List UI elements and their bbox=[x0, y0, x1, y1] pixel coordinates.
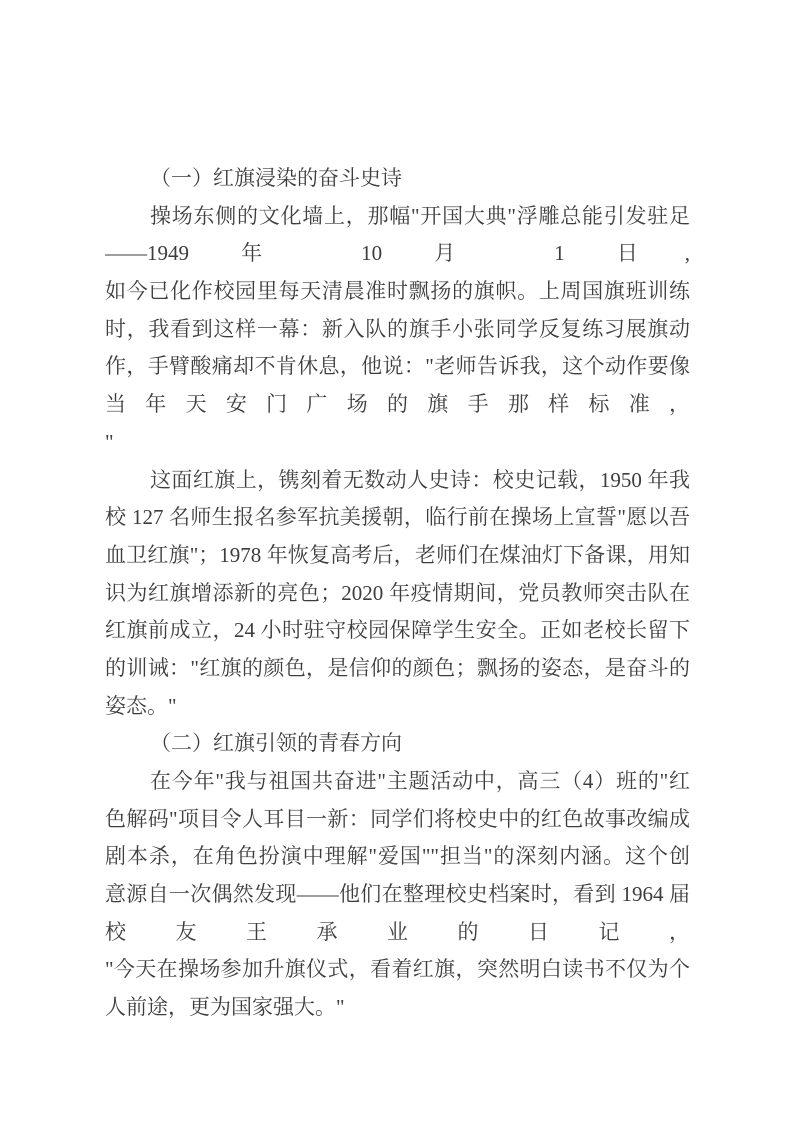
para-1-line-1: 操场东侧的文化墙上，那幅"开国大典"浮雕总能引发驻足 bbox=[105, 198, 690, 236]
document-page: （一）红旗浸染的奋斗史诗 操场东侧的文化墙上，那幅"开国大典"浮雕总能引发驻足 … bbox=[0, 0, 793, 1122]
para-1-line-4: 时，我看到这样一幕：新入队的旗手小张同学反复练习展旗动 bbox=[105, 311, 690, 349]
para-2-line-5: 红旗前成立，24 小时驻守校园保障学生安全。正如老校长留下 bbox=[105, 612, 690, 650]
para-2-line-4: 识为红旗增添新的亮色；2020 年疫情期间，党员教师突击队在 bbox=[105, 575, 690, 613]
para-1-line-7: " bbox=[105, 424, 690, 462]
para-3-line-2: 色解码"项目令人耳目一新：同学们将校史中的红色故事改编成 bbox=[105, 801, 690, 839]
para-3-line-4: 意源自一次偶然发现——他们在整理校史档案时，看到 1964 届 bbox=[105, 876, 690, 914]
para-3-line-7: 人前途，更为国家强大。" bbox=[105, 989, 690, 1027]
para-2-line-7: 姿态。" bbox=[105, 688, 690, 726]
para-1-line-3: 如今已化作校园里每天清晨准时飘扬的旗帜。上周国旗班训练 bbox=[105, 273, 690, 311]
para-2-line-2: 校 127 名师生报名参军抗美援朝，临行前在操场上宣誓"愿以吾 bbox=[105, 499, 690, 537]
para-1-line-5: 作，手臂酸痛却不肯休息，他说："老师告诉我，这个动作要像 bbox=[105, 348, 690, 386]
para-3-line-3: 剧本杀，在角色扮演中理解"爱国""担当"的深刻内涵。这个创 bbox=[105, 838, 690, 876]
text-block: （一）红旗浸染的奋斗史诗 操场东侧的文化墙上，那幅"开国大典"浮雕总能引发驻足 … bbox=[105, 160, 690, 1027]
section-1-heading: （一）红旗浸染的奋斗史诗 bbox=[105, 160, 690, 198]
para-1-line-2: ——1949 年 10 月 1 日,毛泽东主席亲手升起的第一面五星红旗， bbox=[105, 235, 690, 273]
para-3-line-1: 在今年"我与祖国共奋进"主题活动中，高三（4）班的"红 bbox=[105, 763, 690, 801]
para-3-line-5: 校友王承业的日记，这位后来的核潜艇总设计师在日记中写道： bbox=[105, 914, 690, 952]
para-2-line-1: 这面红旗上，镌刻着无数动人史诗：校史记载，1950 年我 bbox=[105, 462, 690, 500]
section-2-heading: （二）红旗引领的青春方向 bbox=[105, 725, 690, 763]
para-3-line-6: "今天在操场参加升旗仪式，看着红旗，突然明白读书不仅为个 bbox=[105, 951, 690, 989]
para-2-line-3: 血卫红旗"；1978 年恢复高考后，老师们在煤油灯下备课，用知 bbox=[105, 537, 690, 575]
para-2-line-6: 的训诫："红旗的颜色，是信仰的颜色；飘扬的姿态，是奋斗的 bbox=[105, 650, 690, 688]
para-1-line-6: 当年天安门广场的旗手那样标准，因为每一面红旗都连着历史。 bbox=[105, 386, 690, 424]
